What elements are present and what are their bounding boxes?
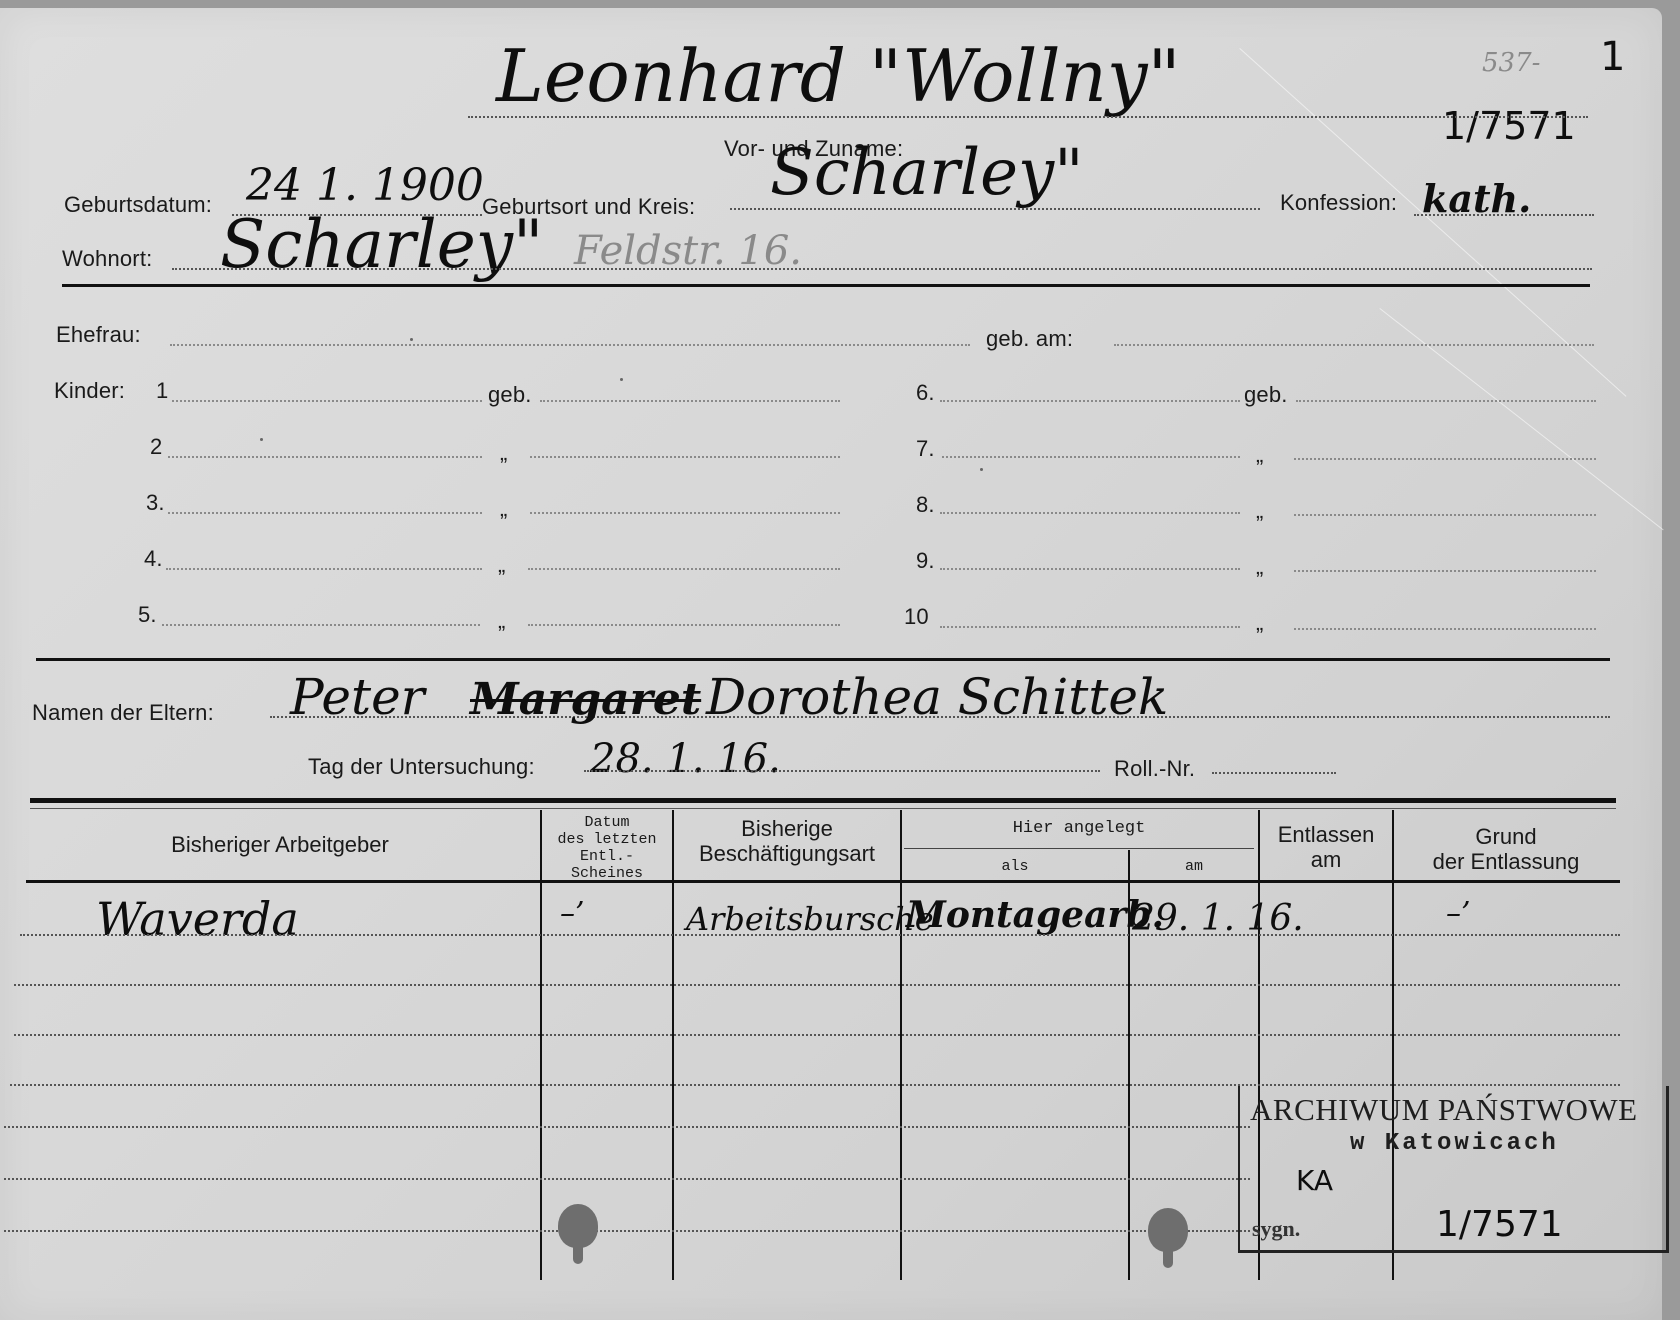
child-6-born-label: geb.	[1244, 382, 1288, 408]
archive-stamp-title: ARCHIWUM PAŃSTWOWE	[1250, 1092, 1638, 1128]
header-last-discharge-line1: Datum	[544, 814, 670, 831]
mother-name-value: Dorothea Schittek	[706, 668, 1168, 726]
child-2-born-line	[530, 456, 840, 458]
child-8-born-line	[1294, 514, 1596, 516]
table-header-bottom-border	[26, 880, 1620, 883]
child-10-born-line	[1294, 628, 1596, 630]
wife-name-line	[170, 344, 970, 346]
header-hired-as: als	[904, 858, 1126, 875]
child-4-name-line	[166, 568, 482, 570]
roll-number-line	[1212, 772, 1336, 774]
header-last-discharge-line2: des letzten	[544, 831, 670, 848]
child-4-ditto: „	[498, 552, 506, 578]
name-line	[468, 116, 1588, 118]
child-2-ditto: „	[500, 440, 508, 466]
section-divider	[62, 284, 1590, 287]
child-8-number: 8.	[916, 492, 935, 518]
header-reason-line1: Grund	[1396, 824, 1616, 849]
header-hired-here: Hier angelegt	[904, 820, 1254, 837]
pencil-archive-number: 537-	[1482, 48, 1540, 78]
child-4-born-line	[528, 568, 840, 570]
child-2-number: 2	[150, 434, 162, 460]
paper-speck	[410, 338, 413, 341]
wife-born-label: geb. am:	[986, 326, 1073, 352]
child-10-number: 10	[904, 604, 929, 630]
section-divider	[36, 658, 1610, 661]
paper-speck	[260, 438, 263, 441]
cell-last-discharge: –’	[560, 896, 585, 931]
child-5-number: 5.	[138, 602, 157, 628]
child-3-name-line	[168, 512, 482, 514]
child-5-name-line	[162, 624, 480, 626]
table-row-line	[4, 1126, 1250, 1128]
confession-line	[1414, 214, 1594, 216]
father-name-value: Peter	[290, 668, 425, 726]
cell-reason: –’	[1446, 896, 1471, 931]
child-1-name-line	[172, 400, 482, 402]
archive-stamp: ARCHIWUM PAŃSTWOWE w Katowicach KA sygn.…	[1238, 1086, 1669, 1253]
child-6-born-line	[1296, 400, 1596, 402]
birthdate-label: Geburtsdatum:	[64, 192, 212, 218]
header-reason-line2: der Entlassung	[1396, 849, 1616, 874]
registration-card: 537- 1 1/7571 Leonhard "Wollny" Vor- und…	[0, 8, 1662, 1320]
header-employer: Bisheriger Arbeitgeber	[40, 832, 520, 857]
table-top-border	[30, 798, 1616, 803]
struck-name-value: Margaret	[470, 674, 701, 725]
child-7-ditto: „	[1256, 442, 1264, 468]
header-reason: Grund der Entlassung	[1396, 824, 1616, 874]
residence-line	[172, 268, 1592, 270]
table-row-line	[14, 1034, 1620, 1036]
header-occupation: Bisherige Beschäftigungsart	[676, 816, 898, 866]
header-discharged-line1: Entlassen	[1262, 822, 1390, 847]
header-occupation-line2: Beschäftigungsart	[676, 841, 898, 866]
cell-hired-as: Montagearb.	[906, 894, 1164, 936]
cell-hired-on: 29. 1. 16.	[1132, 898, 1304, 939]
child-9-born-line	[1294, 570, 1596, 572]
examination-date-value: 28. 1. 16.	[590, 736, 781, 782]
examination-date-line	[584, 770, 1100, 772]
table-row-line	[20, 934, 1620, 936]
child-3-number: 3.	[146, 490, 165, 516]
roll-number-label: Roll.-Nr.	[1114, 756, 1195, 782]
paper-crease	[1379, 308, 1663, 530]
child-6-name-line	[940, 400, 1240, 402]
header-hired-on: am	[1132, 858, 1256, 875]
punch-hole-left	[558, 1204, 598, 1248]
hired-here-subheader-divider	[904, 848, 1254, 849]
child-10-name-line	[940, 626, 1240, 628]
residence-value: Scharley"	[220, 206, 543, 283]
child-2-name-line	[168, 456, 482, 458]
archive-stamp-subtitle: w Katowicach	[1350, 1130, 1559, 1157]
cell-occupation: Arbeitsbursche	[686, 900, 934, 938]
child-3-born-line	[530, 512, 840, 514]
header-discharged: Entlassen am	[1262, 822, 1390, 872]
children-label: Kinder:	[54, 378, 125, 404]
parents-label: Namen der Eltern:	[32, 700, 214, 726]
child-9-name-line	[940, 568, 1240, 570]
child-8-name-line	[940, 512, 1240, 514]
punch-hole-right	[1148, 1208, 1188, 1252]
child-1-number: 1	[156, 378, 168, 404]
child-1-born-line	[540, 400, 840, 402]
examination-date-label: Tag der Untersuchung:	[308, 754, 535, 780]
child-5-ditto: „	[498, 608, 506, 634]
header-last-discharge-line3: Entl.-Scheines	[544, 848, 670, 882]
child-10-ditto: „	[1256, 610, 1264, 636]
confession-label: Konfession:	[1280, 190, 1397, 216]
child-3-ditto: „	[500, 496, 508, 522]
cell-employer: Waverda	[96, 892, 299, 946]
child-4-number: 4.	[144, 546, 163, 572]
table-row-line	[4, 1230, 1250, 1232]
header-discharged-line2: am	[1262, 847, 1390, 872]
table-top-inner-border	[30, 808, 1616, 809]
child-9-number: 9.	[916, 548, 935, 574]
child-1-born-label: geb.	[488, 382, 532, 408]
child-7-name-line	[942, 456, 1240, 458]
wife-born-line	[1114, 344, 1594, 346]
archive-fond-code: KA	[1296, 1164, 1333, 1197]
table-row-line	[14, 984, 1620, 986]
full-name-value: Leonhard "Wollny"	[496, 34, 1181, 118]
signature-top: 1/7571	[1442, 104, 1576, 148]
table-row-line	[4, 1178, 1250, 1180]
birthplace-value: Scharley"	[770, 136, 1084, 210]
header-last-discharge: Datum des letzten Entl.-Scheines	[544, 814, 670, 882]
child-9-ditto: „	[1256, 554, 1264, 580]
child-7-number: 7.	[916, 436, 935, 462]
child-5-born-line	[528, 624, 840, 626]
child-6-number: 6.	[916, 380, 935, 406]
page-number: 1	[1600, 34, 1625, 80]
residence-label: Wohnort:	[62, 246, 152, 272]
child-8-ditto: „	[1256, 498, 1264, 524]
birthdate-value: 24 1. 1900	[246, 160, 484, 211]
wife-label: Ehefrau:	[56, 322, 141, 348]
archive-signature-label: sygn.	[1252, 1216, 1300, 1242]
paper-speck	[980, 468, 983, 471]
archive-signature-value: 1/7571	[1436, 1204, 1563, 1245]
child-7-born-line	[1294, 458, 1596, 460]
paper-speck	[620, 378, 623, 381]
header-occupation-line1: Bisherige	[676, 816, 898, 841]
